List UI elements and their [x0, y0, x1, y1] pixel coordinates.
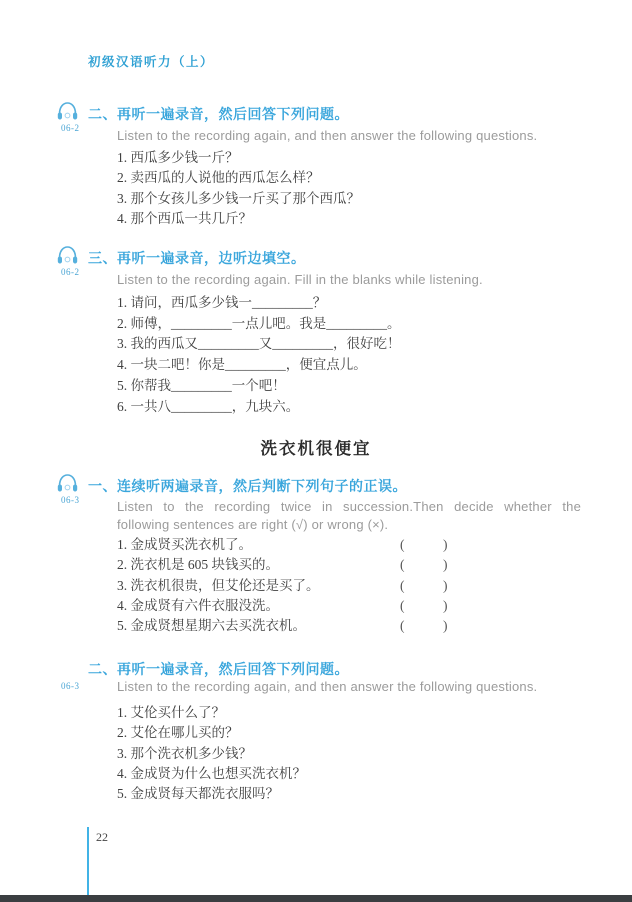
answer-paren-open: (	[400, 596, 405, 616]
section-heading: 二、再听一遍录音，然后回答下列问题。	[88, 104, 349, 124]
statement-text: 3. 洗衣机很贵，但艾伦还是买了。	[117, 578, 320, 593]
question-item: 3. 那个洗衣机多少钱？	[117, 744, 306, 764]
audio-track-label: 06-3	[61, 681, 80, 691]
audio-track-label: 06-2	[61, 123, 80, 133]
statement-row: 1. 金成贤买洗衣机了。 ( )	[117, 535, 320, 555]
statement-text: 2. 洗衣机是 605 块钱买的。	[117, 557, 279, 572]
page-edge-line	[87, 827, 89, 896]
answer-paren-open: (	[400, 535, 405, 555]
instruction-english: Listen to the recording again, and then …	[117, 128, 537, 143]
instruction-english: Listen to the recording again. Fill in t…	[117, 272, 483, 287]
audio-track-label: 06-3	[61, 495, 80, 505]
question-item: 1. 西瓜多少钱一斤？	[117, 148, 360, 168]
viewer-bottom-bar	[0, 895, 632, 902]
section-heading: 三、再听一遍录音，边听边填空。	[88, 248, 306, 268]
fill-blank-item: 1. 请问，西瓜多少钱一_________？	[117, 293, 401, 314]
answer-paren-close: )	[443, 535, 448, 555]
answer-paren-close: )	[443, 555, 448, 575]
answer-paren-close: )	[443, 576, 448, 596]
statement-text: 4. 金成贤有六件衣服没洗。	[117, 598, 279, 613]
statement-row: 5. 金成贤想星期六去买洗衣机。 ( )	[117, 616, 320, 636]
textbook-page: 初级汉语听力（上） 二、再听一遍录音，然后回答下列问题。 06-2 Listen…	[0, 0, 632, 902]
answer-paren-close: )	[443, 596, 448, 616]
statement-text: 5. 金成贤想星期六去买洗衣机。	[117, 618, 306, 633]
answer-paren-open: (	[400, 576, 405, 596]
answer-paren-open: (	[400, 616, 405, 636]
question-item: 2. 卖西瓜的人说他的西瓜怎么样？	[117, 168, 360, 188]
fill-blank-item: 4. 一块二吧！你是_________，便宜点儿。	[117, 355, 401, 376]
section-heading: 一、连续听两遍录音，然后判断下列句子的正误。	[88, 476, 407, 496]
instruction-english: Listen to the recording twice in success…	[117, 498, 581, 534]
answer-paren-open: (	[400, 555, 405, 575]
fill-blank-item: 5. 你帮我_________一个吧！	[117, 376, 401, 397]
question-list: 1. 西瓜多少钱一斤？ 2. 卖西瓜的人说他的西瓜怎么样？ 3. 那个女孩儿多少…	[117, 148, 360, 229]
instruction-line: following sentences are right (√) or wro…	[117, 516, 581, 534]
question-item: 4. 金成贤为什么也想买洗衣机？	[117, 764, 306, 784]
question-item: 5. 金成贤每天都洗衣服吗？	[117, 784, 306, 804]
question-item: 1. 艾伦买什么了？	[117, 703, 306, 723]
instruction-english: Listen to the recording again, and then …	[117, 679, 537, 694]
section-heading: 二、再听一遍录音，然后回答下列问题。	[88, 659, 349, 679]
question-item: 4. 那个西瓜一共几斤？	[117, 209, 360, 229]
statement-text: 1. 金成贤买洗衣机了。	[117, 537, 252, 552]
statement-list: 1. 金成贤买洗衣机了。 ( ) 2. 洗衣机是 605 块钱买的。 ( ) 3…	[117, 535, 320, 636]
fill-blank-item: 2. 师傅，_________一点儿吧。我是_________。	[117, 314, 401, 335]
book-header: 初级汉语听力（上）	[88, 52, 214, 70]
audio-track-label: 06-2	[61, 267, 80, 277]
statement-row: 2. 洗衣机是 605 块钱买的。 ( )	[117, 555, 320, 575]
statement-row: 4. 金成贤有六件衣服没洗。 ( )	[117, 596, 320, 616]
fill-blank-list: 1. 请问，西瓜多少钱一_________？ 2. 师傅，_________一点…	[117, 293, 401, 417]
answer-paren-close: )	[443, 616, 448, 636]
instruction-line: Listen to the recording twice in success…	[117, 498, 581, 516]
question-item: 2. 艾伦在哪儿买的？	[117, 723, 306, 743]
chapter-title: 洗衣机很便宜	[0, 435, 632, 459]
fill-blank-item: 6. 一共八_________，九块六。	[117, 397, 401, 418]
question-item: 3. 那个女孩儿多少钱一斤买了那个西瓜？	[117, 189, 360, 209]
page-number: 22	[96, 830, 108, 845]
fill-blank-item: 3. 我的西瓜又_________又_________，很好吃！	[117, 334, 401, 355]
statement-row: 3. 洗衣机很贵，但艾伦还是买了。 ( )	[117, 576, 320, 596]
question-list: 1. 艾伦买什么了？ 2. 艾伦在哪儿买的？ 3. 那个洗衣机多少钱？ 4. 金…	[117, 703, 306, 804]
